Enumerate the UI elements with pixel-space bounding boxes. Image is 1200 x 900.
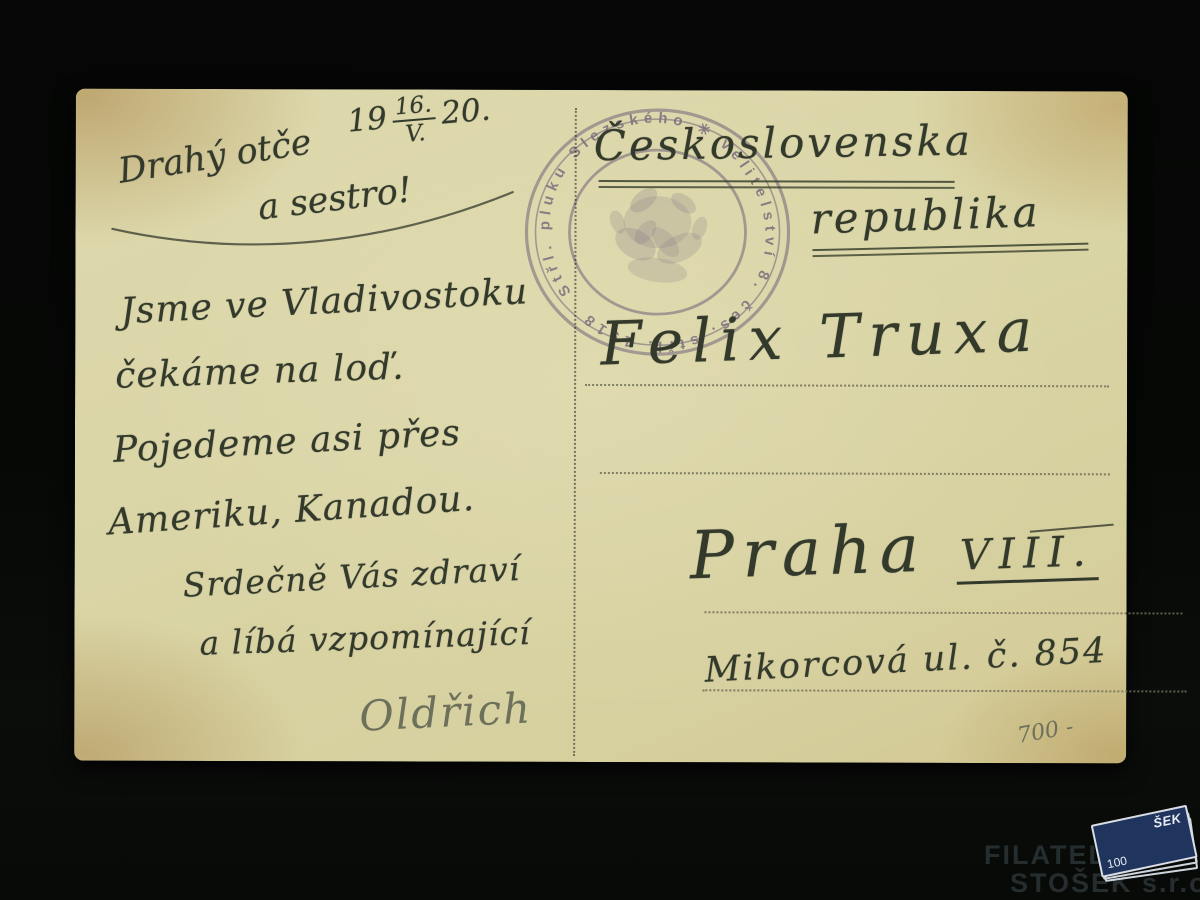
message-line: Srdečně Vás zdraví xyxy=(182,549,521,605)
address-line-dotted xyxy=(705,611,1183,614)
signature: Oldřich xyxy=(358,683,533,741)
check-icon-label-top: ŠEK xyxy=(1152,810,1183,831)
country-line2: republika xyxy=(810,187,1042,243)
date-year-suffix: 20. xyxy=(440,92,492,132)
message-line: Jsme ve Vladivostoku xyxy=(120,271,530,332)
date-year-prefix: 19 xyxy=(346,100,388,139)
date-note: 19 16. V. 20. xyxy=(346,92,493,152)
message-line: a líbá vzpomínající xyxy=(199,613,531,663)
date-fraction: 16. V. xyxy=(391,92,438,148)
addressee-name: Felix Truxa xyxy=(599,295,1042,379)
message-line: čekáme na loď. xyxy=(115,346,406,396)
country-underline2 xyxy=(812,243,1088,258)
address-city: Praha xyxy=(689,510,929,595)
postcard-photo: Střl. pluku Slezského ✳ velitelství 8. č… xyxy=(0,0,1200,900)
date-day: 16. xyxy=(391,92,436,123)
country-underline1 xyxy=(599,180,955,189)
message-line: Ameriku, Kanadou. xyxy=(107,478,476,544)
check-icon-label-bottom: 100 xyxy=(1106,853,1129,871)
price-note: 700 - xyxy=(1015,715,1075,749)
address-line-dotted xyxy=(702,689,1186,692)
address-city-district: VIII. xyxy=(955,526,1098,585)
address-city-line: Praha VIII. xyxy=(689,504,1099,594)
message-line: Pojedeme asi přes xyxy=(112,413,462,471)
greeting-flourish xyxy=(103,177,523,258)
postcard: Střl. pluku Slezského ✳ velitelství 8. č… xyxy=(74,89,1128,764)
country-line1: Československa xyxy=(593,116,973,171)
address-line-dotted xyxy=(600,472,1110,475)
address-street: Mikorcová ul. č. 854 xyxy=(704,631,1109,691)
lion-emblem-icon xyxy=(607,183,711,287)
address-line-dotted xyxy=(585,384,1109,387)
date-month: V. xyxy=(393,119,438,148)
